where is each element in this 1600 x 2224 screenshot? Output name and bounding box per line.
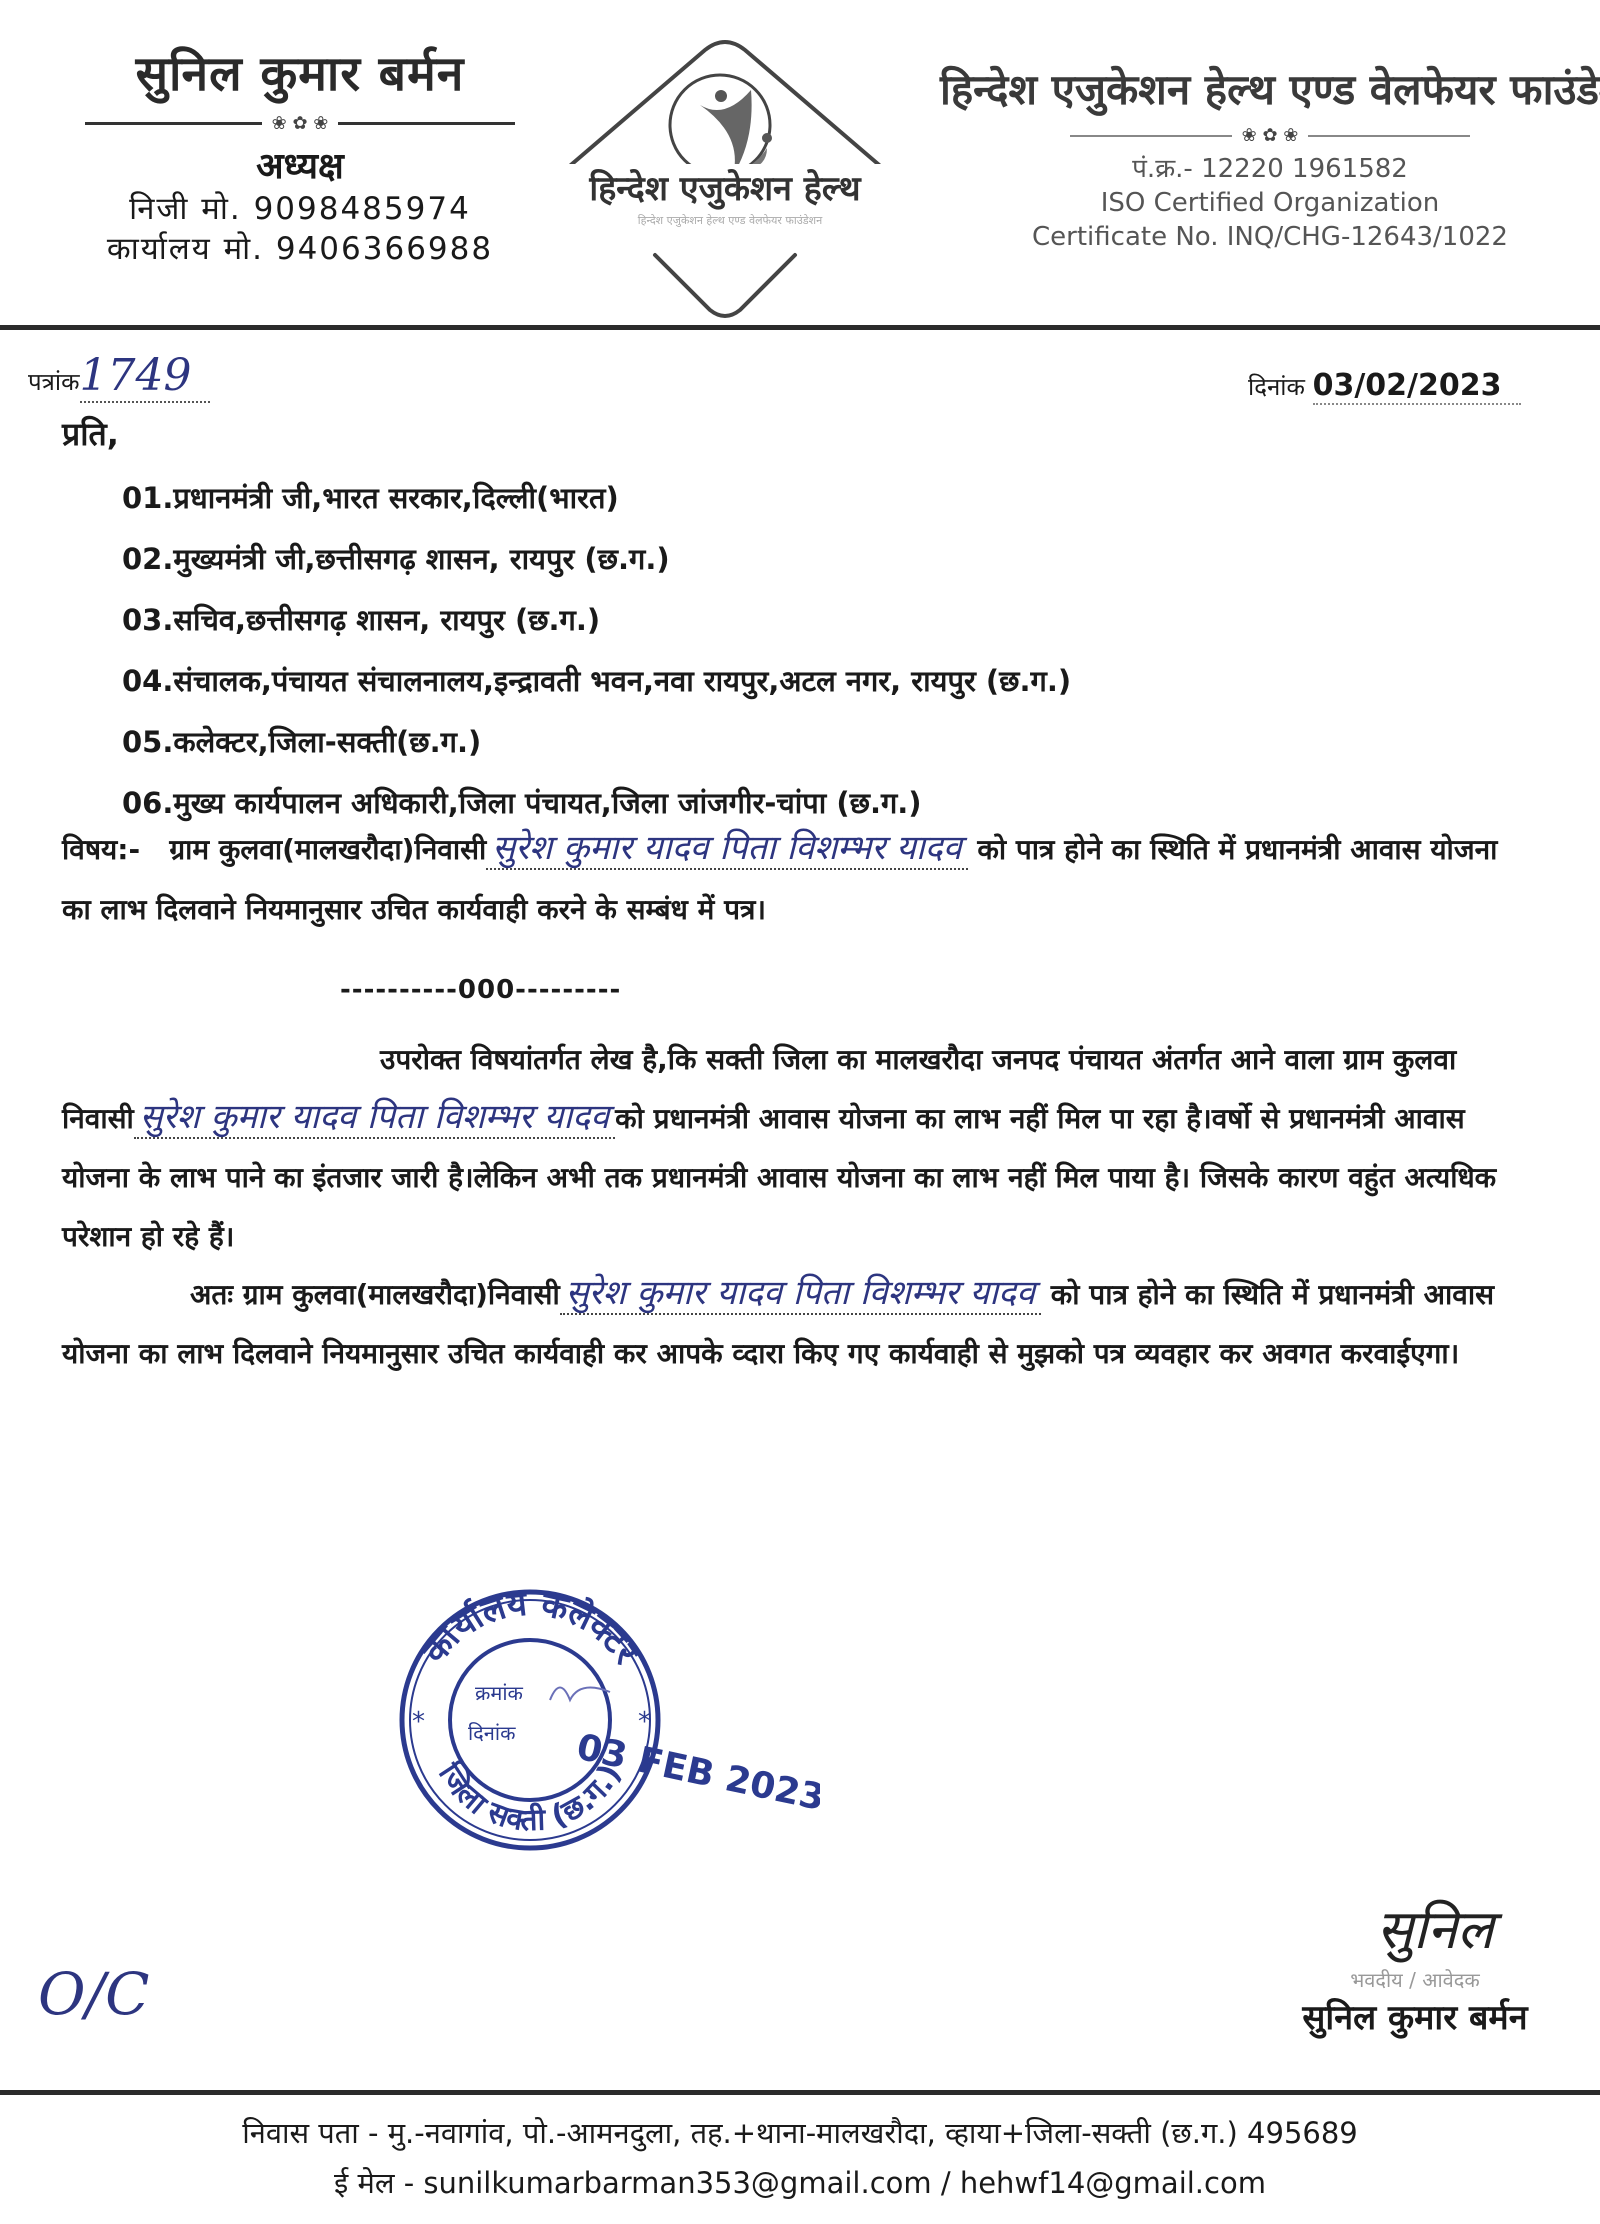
footer-address: निवास पता - मु.-नवागांव, पो.-आमनदुला, तह…: [0, 2108, 1600, 2158]
certificate-number: Certificate No. INQ/CHG-12643/1022: [940, 220, 1600, 254]
addressee-item: 03.सचिव,छत्तीसगढ़ शासन, रायपुर (छ.ग.): [122, 590, 1071, 651]
stamp-date-value: 03 FEB 2023: [573, 1727, 820, 1819]
stamp-star-icon: *: [412, 1707, 425, 1737]
letter-date: दिनांक 03/02/2023: [1248, 368, 1521, 403]
addressee-list: 01.प्रधानमंत्री जी,भारत सरकार,दिल्ली(भार…: [122, 468, 1071, 834]
stamp-serial-label: क्रमांक: [475, 1681, 524, 1705]
salutation: प्रति,: [62, 412, 119, 455]
svg-text:कार्यालय कलेक्टर: कार्यालय कलेक्टर: [414, 1584, 646, 1673]
reference-value: 1749: [80, 350, 192, 401]
subject-label: विषय:-: [62, 833, 140, 866]
letterhead-right: हिन्देश एजुकेशन हेल्थ एण्ड वेलफेयर फाउंड…: [940, 60, 1600, 254]
logo-text: हिन्देश एजुकेशन हेल्थ: [520, 164, 930, 210]
addressee-item: 05.कलेक्टर,जिला-सक्ती(छ.ग.): [122, 712, 1071, 773]
reference-label: पत्रांक: [28, 368, 80, 396]
stamp-date-label: दिनांक: [468, 1721, 516, 1745]
addressee-item: 01.प्रधानमंत्री जी,भारत सरकार,दिल्ली(भार…: [122, 468, 1071, 529]
president-name: सुनिल कुमार बर्मन: [40, 40, 560, 105]
beneficiary-handwritten: सुरेश कुमार यादव पिता विशम्भर यादव: [134, 1097, 615, 1139]
body-paragraph-1: उपरोक्त विषयांतर्गत लेख है,कि सक्ती जिला…: [62, 1030, 1532, 1266]
registration-number: पं.क्र.- 12220 1961582: [940, 152, 1600, 186]
header-divider: [0, 325, 1600, 330]
stamp-star-icon: *: [638, 1707, 651, 1737]
oc-annotation: O/C: [38, 1960, 149, 2028]
flourish-icon: ❀ ✿ ❀: [1242, 125, 1299, 146]
ornament-divider: ❀ ✿ ❀: [1070, 125, 1470, 146]
flourish-icon: ❀ ✿ ❀: [272, 113, 329, 134]
person-emblem-icon: [670, 75, 772, 175]
iso-label: ISO Certified Organization: [940, 186, 1600, 220]
footer-email: ई मेल - sunilkumarbarman353@gmail.com / …: [0, 2158, 1600, 2208]
stamp-initials-icon: [550, 1688, 610, 1701]
beneficiary-handwritten: सुरेश कुमार यादव पिता विशम्भर यादव: [486, 828, 967, 870]
section-separator: ----------000---------: [340, 975, 621, 1005]
footer-divider: [0, 2090, 1600, 2095]
subject-prefix: ग्राम कुलवा(मालखरौदा)निवासी: [169, 833, 486, 866]
footer: निवास पता - मु.-नवागांव, पो.-आमनदुला, तह…: [0, 2108, 1600, 2208]
addressee-item: 04.संचालक,पंचायत संचालनालय,इन्द्रावती भव…: [122, 651, 1071, 712]
date-label: दिनांक: [1248, 373, 1305, 401]
signature-closing: भवदीय / आवेदक: [1250, 1966, 1580, 1993]
para2-intro: अतः ग्राम कुलवा(मालखरौदा)निवासी: [62, 1278, 560, 1311]
signature-scrawl: सुनिल: [1290, 1890, 1580, 1964]
signature-block: सुनिल भवदीय / आवेदक सुनिल कुमार बर्मन: [1250, 1890, 1580, 2039]
signatory-name: सुनिल कुमार बर्मन: [1250, 1993, 1580, 2039]
subject-block: विषय:- ग्राम कुलवा(मालखरौदा)निवासीसुरेश …: [62, 820, 1522, 940]
president-title: अध्यक्ष: [40, 140, 560, 189]
collector-office-stamp: कार्यालय कलेक्टर जिला सक्ती (छ.ग.) * * क…: [380, 1570, 820, 1870]
personal-phone: निजी मो. 9098485974: [40, 189, 560, 229]
beneficiary-handwritten: सुरेश कुमार यादव पिता विशम्भर यादव: [560, 1273, 1041, 1315]
office-phone: कार्यालय मो. 9406366988: [40, 229, 560, 269]
logo-subtext: हिन्देश एजुकेशन हेल्थ एण्ड वेलफेयर फाउंड…: [560, 214, 900, 227]
reference-number: पत्रांक1749: [28, 350, 210, 403]
body-paragraph-2: अतः ग्राम कुलवा(मालखरौदा)निवासीसुरेश कुम…: [62, 1265, 1532, 1383]
letterhead-left: सुनिल कुमार बर्मन ❀ ✿ ❀ अध्यक्ष निजी मो.…: [40, 40, 560, 269]
date-value: 03/02/2023: [1313, 368, 1522, 405]
addressee-item: 02.मुख्यमंत्री जी,छत्तीसगढ़ शासन, रायपुर…: [122, 529, 1071, 590]
organization-name: हिन्देश एजुकेशन हेल्थ एण्ड वेलफेयर फाउंड…: [940, 60, 1600, 117]
ornament-divider: ❀ ✿ ❀: [85, 113, 515, 134]
stamp-top-text: कार्यालय कलेक्टर: [414, 1584, 646, 1673]
